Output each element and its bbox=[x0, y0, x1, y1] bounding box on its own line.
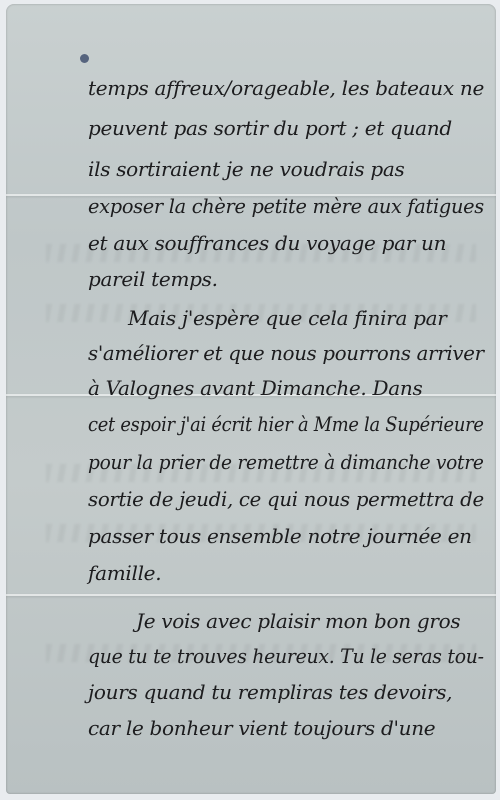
text-line: pareil temps. bbox=[88, 267, 218, 291]
ink-spot bbox=[80, 54, 89, 63]
text-line: Je vois avec plaisir mon bon gros bbox=[136, 609, 460, 633]
text-line: sortie de jeudi, ce qui nous permettra d… bbox=[88, 487, 484, 511]
text-line: passer tous ensemble notre journée en bbox=[88, 524, 472, 548]
text-line: exposer la chère petite mère aux fatigue… bbox=[88, 194, 484, 218]
text-line: Mais j'espère que cela finira par bbox=[128, 306, 447, 330]
text-line: jours quand tu rempliras tes devoirs, bbox=[88, 680, 452, 704]
text-line: s'améliorer et que nous pourrons arriver bbox=[88, 341, 484, 365]
text-line: cet espoir j'ai écrit hier à Mme la Supé… bbox=[88, 412, 484, 436]
text-line: et aux souffrances du voyage par un bbox=[88, 231, 446, 255]
text-line: car le bonheur vient toujours d'une bbox=[88, 716, 435, 740]
text-line: temps affreux/orageable, les bateaux ne bbox=[88, 76, 484, 100]
text-line: pour la prier de remettre à dimanche vot… bbox=[88, 450, 484, 474]
text-line: peuvent pas sortir du port ; et quand bbox=[88, 116, 452, 140]
text-line: famille. bbox=[88, 561, 161, 585]
paper-fold bbox=[6, 594, 496, 596]
text-line: que tu te trouves heureux. Tu le seras t… bbox=[88, 644, 484, 668]
text-line: ils sortiraient je ne voudrais pas bbox=[88, 157, 405, 181]
text-line: à Valognes avant Dimanche. Dans bbox=[88, 376, 422, 400]
letter-page: temps affreux/orageable, les bateaux ne … bbox=[6, 4, 496, 794]
